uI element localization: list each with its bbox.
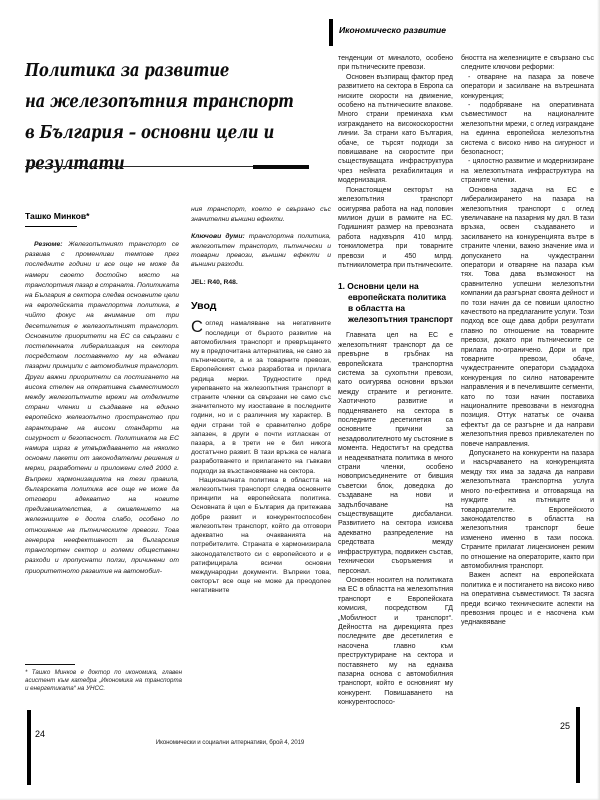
reform-bullet: - цялостно развитие и модернизиране на ж… <box>461 157 594 185</box>
author-underline <box>25 226 77 227</box>
running-head: Икономическо развитие <box>339 25 446 35</box>
footnote-divider <box>25 664 75 665</box>
keywords-label: Ключови думи: <box>191 233 245 240</box>
article-title-line: Политика за развитие <box>25 56 314 87</box>
abstract-continuation: ния транспорт, което е свързано със знач… <box>191 205 331 225</box>
body-paragraph: Основен носител на политиката на ЕС в об… <box>338 576 453 708</box>
abstract-text: Резюме: Железопътният транспорт се разви… <box>25 240 179 577</box>
title-divider-accent <box>253 165 309 169</box>
right-page-column-1: тенденции от миналото, особено при пътни… <box>338 54 453 714</box>
reform-bullet: - подобряване на оперативната съвместимо… <box>461 101 594 157</box>
body-paragraph: Основна задача на ЕС е либерализирането … <box>461 186 594 449</box>
intro-paragraph-1: Соглед намаляване на негативните последи… <box>191 319 331 475</box>
jel-codes: JEL: R40, R48. <box>191 278 331 287</box>
jel-text: R40, R48. <box>206 279 238 286</box>
body-paragraph: Допускането на конкуренти на пазара и на… <box>461 449 594 571</box>
left-page-column-2: ния транспорт, което е свързано със знач… <box>191 205 331 707</box>
page-bar-left <box>27 710 31 785</box>
journal-footer: Икономически и социални алтернативи, бро… <box>150 739 310 746</box>
intro-paragraph-1-text: оглед намаляване на негативните последиц… <box>191 320 331 474</box>
intro-paragraph-2: Националната политика в областта на желе… <box>191 476 331 596</box>
page-number-right: 25 <box>560 721 570 731</box>
article-title-line: на железопътния транспорт <box>25 87 314 118</box>
page-bar-right <box>576 707 580 783</box>
right-page-column-2: бността на железниците е свързано със сл… <box>461 54 594 710</box>
body-paragraph: Главната цел на ЕС е железопътният транс… <box>338 331 453 576</box>
page-number-left: 24 <box>35 729 45 739</box>
article-title: Политика за развитие на железопътния тра… <box>25 56 314 180</box>
footnote: * Ташко Минков е доктор по икономика, гл… <box>25 664 182 694</box>
footnote-text: * Ташко Минков е доктор по икономика, гл… <box>25 669 182 694</box>
body-paragraph: тенденции от миналото, особено при пътни… <box>338 54 453 73</box>
body-paragraph: Понастоящем секторът на железопътния тра… <box>338 186 453 271</box>
intro-heading: Увод <box>191 300 331 312</box>
title-divider <box>25 166 309 172</box>
keywords: Ключови думи: транспортна политика, желе… <box>191 232 331 269</box>
dropcap-letter: С <box>191 319 205 334</box>
body-paragraph: Важен аспект на европейската политика е … <box>461 571 594 627</box>
section-header-bar <box>329 19 333 46</box>
journal-spread: Политика за развитие на железопътния тра… <box>0 0 600 800</box>
abstract-label: Резюме: <box>34 241 63 248</box>
abstract-column: Резюме: Железопътният транспорт се разви… <box>25 240 179 662</box>
body-paragraph: Основен възпиращ фактор пред развитието … <box>338 73 453 186</box>
abstract-body: Железопътният транспорт се развива с про… <box>25 241 179 575</box>
section-1-heading: 1. Основни цели на европейската политика… <box>338 281 453 325</box>
author-name: Ташко Минков* <box>25 211 90 221</box>
reform-bullet: - отваряне на пазара за повече оператори… <box>461 73 594 101</box>
body-paragraph: бността на железниците е свързано със сл… <box>461 54 594 73</box>
jel-label: JEL: <box>191 279 206 286</box>
